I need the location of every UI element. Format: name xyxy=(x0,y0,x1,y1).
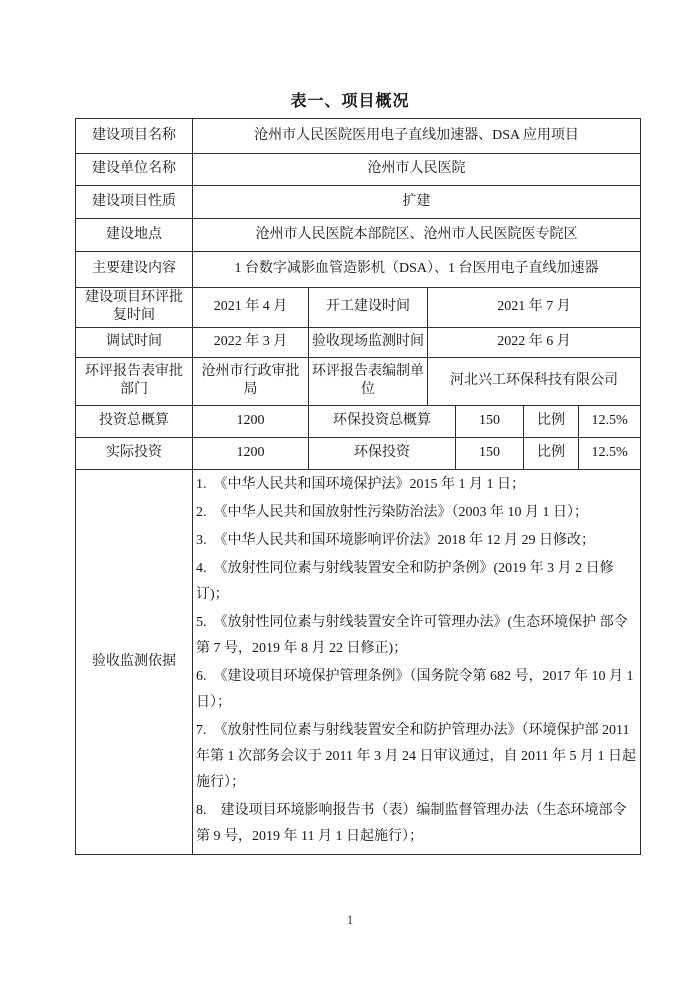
project-overview-table: 建设项目名称 沧州市人民医院医用电子直线加速器、DSA 应用项目 建设单位名称 … xyxy=(75,118,641,855)
row-acceptance-basis: 验收监测依据 1. 《中华人民共和国环境保护法》2015 年 1 月 1 日； … xyxy=(76,469,641,854)
unit-name-label: 建设单位名称 xyxy=(76,154,193,186)
eia-approval-dept-label: 环评报告表审批部门 xyxy=(76,357,193,405)
project-nature-value: 扩建 xyxy=(193,186,641,219)
eia-prepare-unit-label: 环评报告表编制单位 xyxy=(309,357,428,405)
unit-name-value: 沧州市人民医院 xyxy=(193,154,641,186)
row-actual-investment: 实际投资 1200 环保投资 150 比例 12.5% xyxy=(76,437,641,469)
location-label: 建设地点 xyxy=(76,219,193,252)
acceptance-basis-label: 验收监测依据 xyxy=(76,469,193,854)
eia-prepare-unit-value: 河北兴工环保科技有限公司 xyxy=(428,357,641,405)
basis-item-6: 6. 《建设项目环境保护管理条例》（国务院令第 682 号，2017 年 10 … xyxy=(196,664,637,716)
eia-approval-dept-value: 沧州市行政审批局 xyxy=(193,357,309,405)
env-investment-value: 150 xyxy=(456,437,524,469)
row-eia-dept-and-unit: 环评报告表审批部门 沧州市行政审批局 环评报告表编制单位 河北兴工环保科技有限公… xyxy=(76,357,641,405)
basis-item-4: 4. 《放射性同位素与射线装置安全和防护条例》(2019 年 3 月 2 日修订… xyxy=(196,556,637,608)
construction-start-time-label: 开工建设时间 xyxy=(309,288,428,328)
basis-item-7: 7. 《放射性同位素与射线装置安全和防护管理办法》（环境保护部 2011 年第 … xyxy=(196,718,637,796)
total-investment-label: 投资总概算 xyxy=(76,405,193,437)
project-name-label: 建设项目名称 xyxy=(76,119,193,154)
location-value: 沧州市人民医院本部院区、沧州市人民医院医专院区 xyxy=(193,219,641,252)
row-unit-name: 建设单位名称 沧州市人民医院 xyxy=(76,154,641,186)
main-content-value: 1 台数字减影血管造影机（DSA）、1 台医用电子直线加速器 xyxy=(193,252,641,288)
budget-ratio-label: 比例 xyxy=(524,405,579,437)
page-title: 表一、项目概况 xyxy=(0,88,700,111)
basis-item-3: 3. 《中华人民共和国环境影响评价法》2018 年 12 月 29 日修改； xyxy=(196,528,637,554)
main-content-label: 主要建设内容 xyxy=(76,252,193,288)
commissioning-time-value: 2022 年 3 月 xyxy=(193,327,309,357)
actual-ratio-value: 12.5% xyxy=(579,437,641,469)
project-name-value: 沧州市人民医院医用电子直线加速器、DSA 应用项目 xyxy=(193,119,641,154)
construction-start-time-value: 2021 年 7 月 xyxy=(428,288,641,328)
basis-item-5: 5. 《放射性同位素与射线装置安全许可管理办法》(生态环境保护 部令第 7 号，… xyxy=(196,610,637,662)
commissioning-time-label: 调试时间 xyxy=(76,327,193,357)
row-project-name: 建设项目名称 沧州市人民医院医用电子直线加速器、DSA 应用项目 xyxy=(76,119,641,154)
row-total-investment: 投资总概算 1200 环保投资总概算 150 比例 12.5% xyxy=(76,405,641,437)
eia-approval-time-label: 建设项目环评批复时间 xyxy=(76,288,193,328)
acceptance-monitoring-time-label: 验收现场监测时间 xyxy=(309,327,428,357)
actual-ratio-label: 比例 xyxy=(524,437,579,469)
budget-ratio-value: 12.5% xyxy=(579,405,641,437)
env-investment-budget-value: 150 xyxy=(456,405,524,437)
acceptance-basis-content: 1. 《中华人民共和国环境保护法》2015 年 1 月 1 日； 2. 《中华人… xyxy=(193,469,641,854)
actual-investment-value: 1200 xyxy=(193,437,309,469)
project-nature-label: 建设项目性质 xyxy=(76,186,193,219)
basis-item-2: 2. 《中华人民共和国放射性污染防治法》（2003 年 10 月 1 日）； xyxy=(196,500,637,526)
env-investment-budget-label: 环保投资总概算 xyxy=(309,405,456,437)
document-page: 表一、项目概况 建设项目名称 沧州市人民医院医用电子直线加速器、DSA 应用项目… xyxy=(0,0,700,990)
eia-approval-time-value: 2021 年 4 月 xyxy=(193,288,309,328)
acceptance-monitoring-time-value: 2022 年 6 月 xyxy=(428,327,641,357)
env-investment-label: 环保投资 xyxy=(309,437,456,469)
row-approval-and-start-time: 建设项目环评批复时间 2021 年 4 月 开工建设时间 2021 年 7 月 xyxy=(76,288,641,328)
basis-item-8: 8. 建设项目环境影响报告书（表）编制监督管理办法（生态环境部令第 9 号，20… xyxy=(196,798,637,850)
basis-item-1: 1. 《中华人民共和国环境保护法》2015 年 1 月 1 日； xyxy=(196,472,637,498)
row-commissioning-and-monitoring-time: 调试时间 2022 年 3 月 验收现场监测时间 2022 年 6 月 xyxy=(76,327,641,357)
row-location: 建设地点 沧州市人民医院本部院区、沧州市人民医院医专院区 xyxy=(76,219,641,252)
total-investment-value: 1200 xyxy=(193,405,309,437)
row-project-nature: 建设项目性质 扩建 xyxy=(76,186,641,219)
actual-investment-label: 实际投资 xyxy=(76,437,193,469)
row-main-content: 主要建设内容 1 台数字减影血管造影机（DSA）、1 台医用电子直线加速器 xyxy=(76,252,641,288)
page-number: 1 xyxy=(0,912,700,928)
